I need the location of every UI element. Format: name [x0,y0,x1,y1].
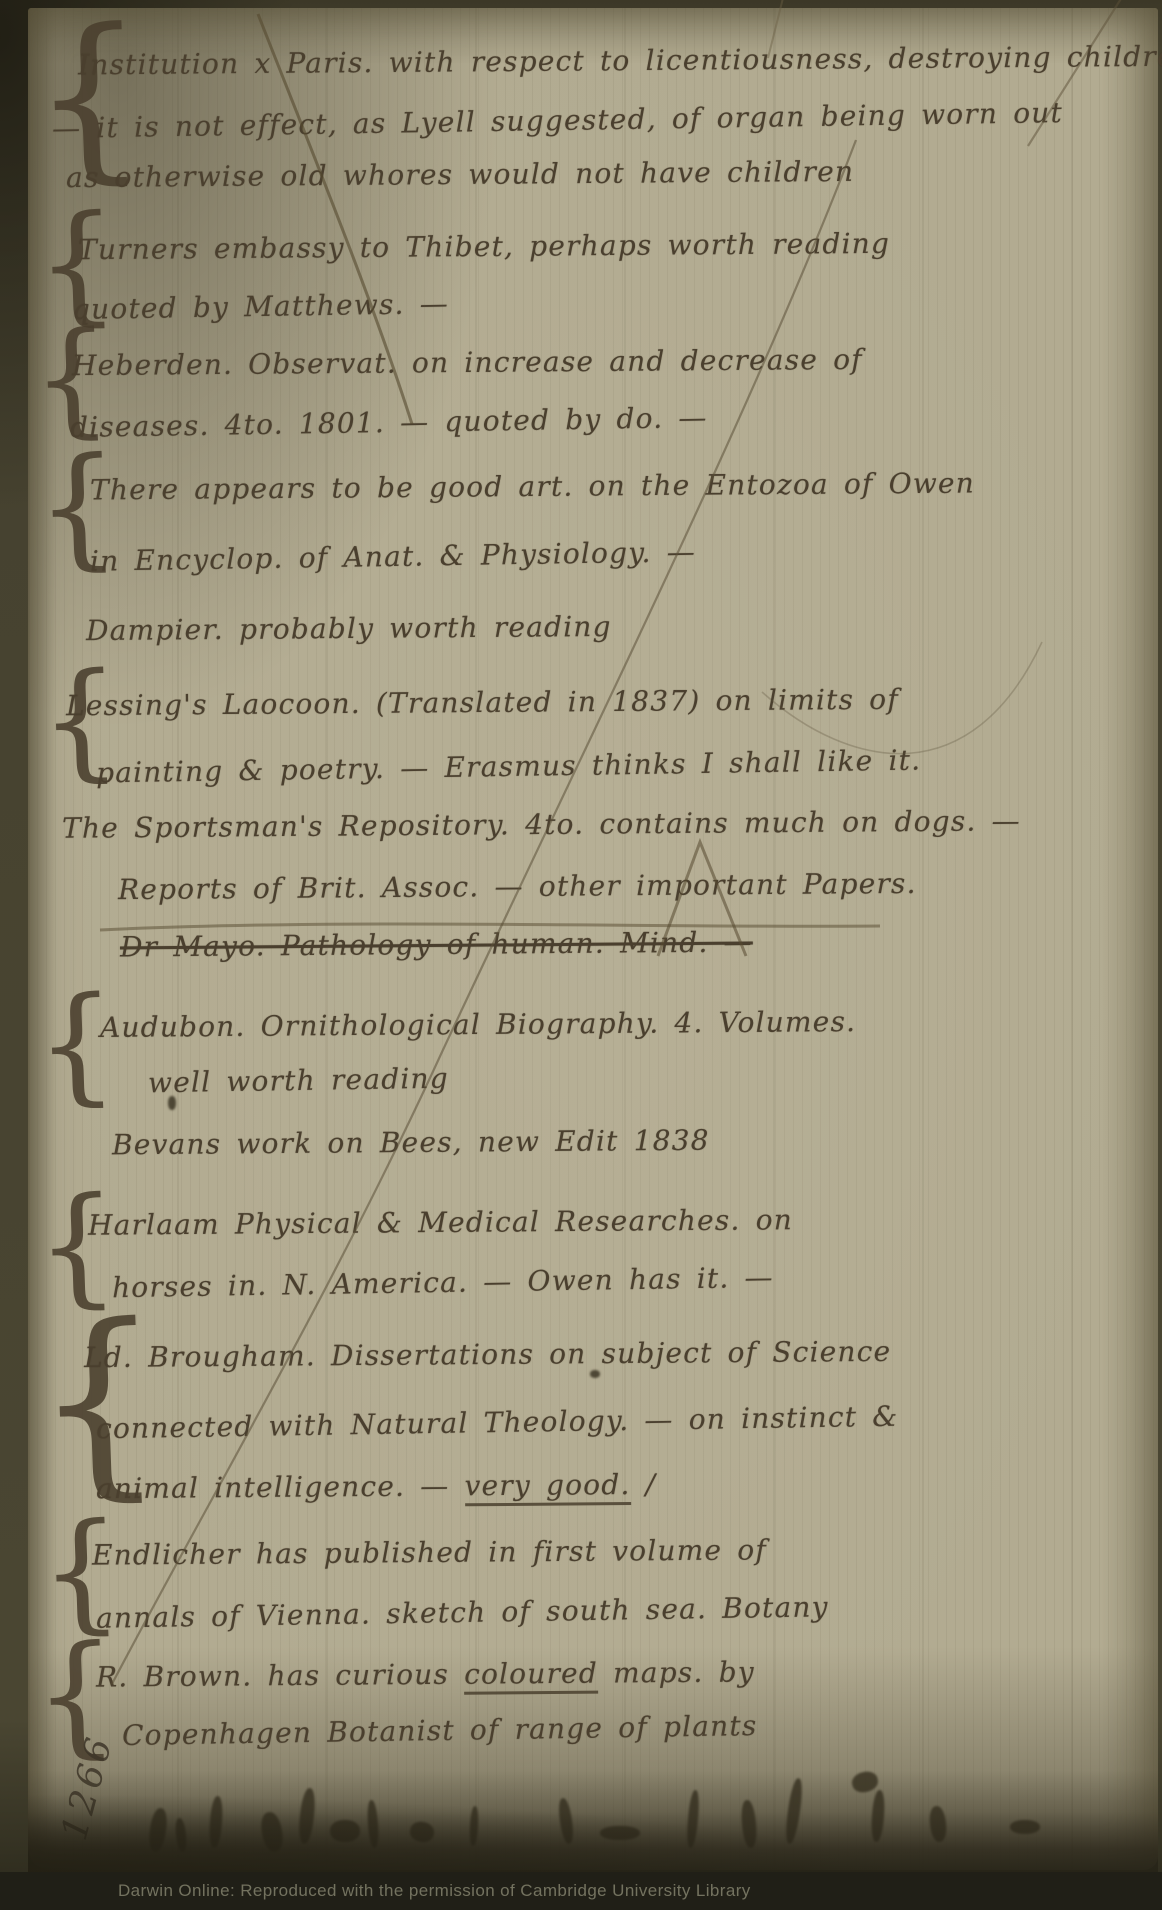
ink-smudge [330,1820,360,1842]
manuscript-line: quoted by Matthews. — [72,287,449,326]
curly-brace-mark: { [29,5,150,189]
entry1-slash-mark [258,14,412,424]
ink-smudge [208,1796,224,1849]
page-bottom-shadow [28,1770,1158,1880]
crease-mark [768,0,784,58]
ink-smudge [870,1790,886,1843]
ink-smudge [366,1800,379,1849]
entry: Dampier. probably worth reading [28,8,1158,1870]
ink-smudge [783,1777,804,1844]
manuscript-line: — it is not effect, as Lyell suggested, … [52,96,1063,145]
curly-brace-mark: { [38,1505,125,1637]
manuscript-line: Reports of Brit. Assoc. — other importan… [118,867,917,906]
curly-brace-mark: { [38,656,123,786]
manuscript-line: Audubon. Ornithological Biography. 4. Vo… [100,1005,856,1044]
ink-smudge [408,1820,436,1845]
ink-smudge [850,1769,880,1795]
manuscript-line: horses in. N. America. — Owen has it. — [112,1261,774,1304]
manuscript-line: Dr Mayo. Pathology of human. Mind. — [120,926,753,964]
entry: {Audubon. Ornithological Biography. 4. V… [28,8,1158,1870]
manuscript-paper: {Institution x Paris. with respect to li… [28,8,1158,1870]
scanned-page: {Institution x Paris. with respect to li… [0,0,1162,1910]
manuscript-line: connected with Natural Theology. — on in… [96,1400,899,1446]
entry: {Ld. Brougham. Dissertations on subject … [28,8,1158,1870]
ink-smudge [168,1096,176,1110]
mayo-strike-stroke [100,924,880,930]
ink-smudge [469,1806,479,1846]
entry: Reports of Brit. Assoc. — other importan… [28,8,1158,1870]
curly-brace-mark: { [34,980,119,1110]
manuscript-line: There appears to be good art. on the Ent… [90,467,975,507]
entry: {Endlicher has published in first volume… [28,8,1158,1870]
pen-marks-overlay [0,0,1130,1862]
manuscript-line: Lessing's Laocoon. (Translated in 1837) … [66,683,899,723]
entry: {Heberden. Observat. on increase and dec… [28,8,1158,1870]
manuscript-line: Bevans work on Bees, new Edit 1838 [112,1124,710,1162]
ink-smudge [297,1787,317,1844]
curly-brace-mark: { [34,439,123,574]
entry: {Institution x Paris. with respect to li… [28,8,1158,1870]
ink-smudge [1010,1820,1040,1834]
credit-text: Darwin Online: Reproduced with the permi… [118,1881,751,1901]
curly-brace-mark: { [30,1298,167,1506]
entry: The Sportsman's Repository. 4to. contain… [28,8,1158,1870]
ink-smudges [28,8,1158,1870]
ink-smudge [740,1799,758,1848]
ink-smudge [685,1790,700,1849]
entry: {R. Brown. has curious coloured maps. by… [28,8,1158,1870]
manuscript-line: as otherwise old whores would not have c… [66,155,854,194]
curly-brace-mark: { [30,316,114,443]
caret-mark [658,842,746,956]
ink-smudge [147,1807,169,1853]
ink-smudge [590,1370,600,1378]
ink-smudge [557,1797,575,1844]
manuscript-line: Ld. Brougham. Dissertations on subject o… [84,1335,892,1374]
manuscript-line: Dampier. probably worth reading [86,610,612,647]
long-cancellation-line [112,140,856,1684]
corner-slash-mark [1028,0,1124,146]
curly-brace-mark: { [34,1179,121,1311]
manuscript-line: Copenhagen Botanist of range of plants [122,1709,758,1752]
ink-smudge [600,1826,640,1840]
entry: {Lessing's Laocoon. (Translated in 1837)… [28,8,1158,1870]
manuscript-line: diseases. 4to. 1801. — quoted by do. — [70,401,708,444]
manuscript-line: Harlaam Physical & Medical Researches. o… [88,1203,793,1242]
entry: Dr Mayo. Pathology of human. Mind. — [28,8,1158,1870]
entry: Bevans work on Bees, new Edit 1838 [28,8,1158,1870]
entry: {There appears to be good art. on the En… [28,8,1158,1870]
manuscript-line: painting & poetry. — Erasmus thinks I sh… [96,744,922,790]
folio-number: 1266 [54,1730,121,1845]
flourish-curve [762,642,1042,754]
manuscript-line: R. Brown. has curious coloured maps. by [96,1655,755,1693]
manuscript-line: Institution x Paris. with respect to lic… [78,40,1162,82]
ink-smudge [259,1811,286,1854]
manuscript-line: animal intelligence. — very good. / [96,1468,656,1505]
manuscript-line: in Encyclop. of Anat. & Physiology. — [90,535,696,578]
manuscript-line: well worth reading [148,1062,449,1100]
manuscript-line: The Sportsman's Repository. 4to. contain… [62,804,1021,845]
manuscript-line: Heberden. Observat. on increase and decr… [72,343,863,382]
ink-smudge [928,1805,948,1842]
curly-brace-mark: { [34,197,121,329]
credit-bar: Darwin Online: Reproduced with the permi… [0,1872,1162,1910]
manuscript-line: Endlicher has published in first volume … [92,1533,767,1571]
entry: {Turners embassy to Thibet, perhaps wort… [28,8,1158,1870]
manuscript-line: annals of Vienna. sketch of south sea. B… [96,1590,829,1635]
manuscript-line: Turners embassy to Thibet, perhaps worth… [78,227,890,266]
ink-smudge [174,1818,187,1853]
entry: {Harlaam Physical & Medical Researches. … [28,8,1158,1870]
